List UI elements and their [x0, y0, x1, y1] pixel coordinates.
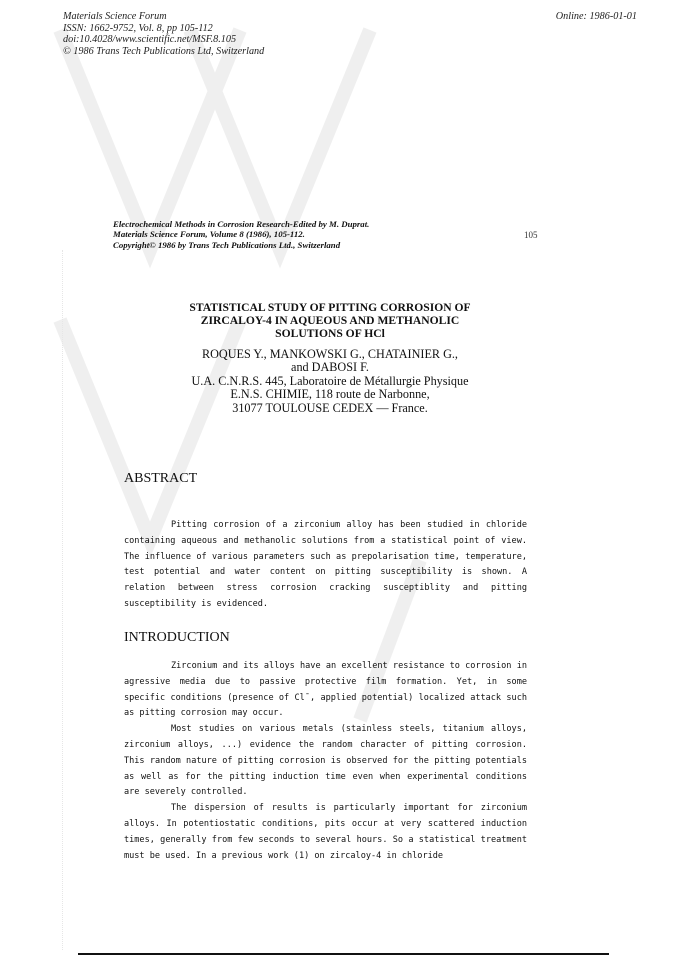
- journal-info-line: Copyright© 1986 by Trans Tech Publicatio…: [113, 240, 369, 250]
- paper-title: STATISTICAL STUDY OF PITTING CORROSION O…: [150, 302, 510, 340]
- doi-link[interactable]: doi:10.4028/www.scientific.net/MSF.8.105: [63, 34, 264, 46]
- affiliation-line: U.A. C.N.R.S. 445, Laboratoire de Métall…: [140, 375, 520, 388]
- publication-metadata: Materials Science Forum ISSN: 1662-9752,…: [63, 11, 264, 57]
- title-line: ZIRCALOY-4 IN AQUEOUS AND METHANOLIC: [150, 315, 510, 328]
- authors-affiliation: ROQUES Y., MANKOWSKI G., CHATAINIER G., …: [140, 348, 520, 415]
- intro-paragraph: Most studies on various metals (stainles…: [124, 722, 527, 801]
- author-line: ROQUES Y., MANKOWSKI G., CHATAINIER G.,: [140, 348, 520, 361]
- page-number: 105: [524, 230, 538, 240]
- affiliation-line: E.N.S. CHIMIE, 118 route de Narbonne,: [140, 388, 520, 401]
- page-bottom-rule: [78, 953, 609, 955]
- title-line: STATISTICAL STUDY OF PITTING CORROSION O…: [150, 302, 510, 315]
- author-line: and DABOSI F.: [140, 361, 520, 374]
- journal-info-line: Electrochemical Methods in Corrosion Res…: [113, 219, 369, 229]
- online-date: Online: 1986-01-01: [556, 11, 637, 22]
- abstract-paragraph: Pitting corrosion of a zirconium alloy h…: [124, 518, 527, 613]
- abstract-body: Pitting corrosion of a zirconium alloy h…: [124, 518, 527, 613]
- copyright-line: © 1986 Trans Tech Publications Ltd, Swit…: [63, 46, 264, 58]
- intro-paragraph: The dispersion of results is particularl…: [124, 801, 527, 864]
- journal-info-line: Materials Science Forum, Volume 8 (1986)…: [113, 229, 369, 239]
- title-line: SOLUTIONS OF HCl: [150, 328, 510, 341]
- introduction-heading: INTRODUCTION: [124, 630, 230, 646]
- journal-name: Materials Science Forum: [63, 11, 264, 23]
- issn-line: ISSN: 1662-9752, Vol. 8, pp 105-112: [63, 23, 264, 35]
- introduction-body: Zirconium and its alloys have an excelle…: [124, 659, 527, 864]
- abstract-heading: ABSTRACT: [124, 471, 197, 487]
- scan-margin-artifact: [62, 250, 64, 950]
- affiliation-line: 31077 TOULOUSE CEDEX — France.: [140, 402, 520, 415]
- journal-info: Electrochemical Methods in Corrosion Res…: [113, 219, 369, 250]
- intro-paragraph: Zirconium and its alloys have an excelle…: [124, 659, 527, 722]
